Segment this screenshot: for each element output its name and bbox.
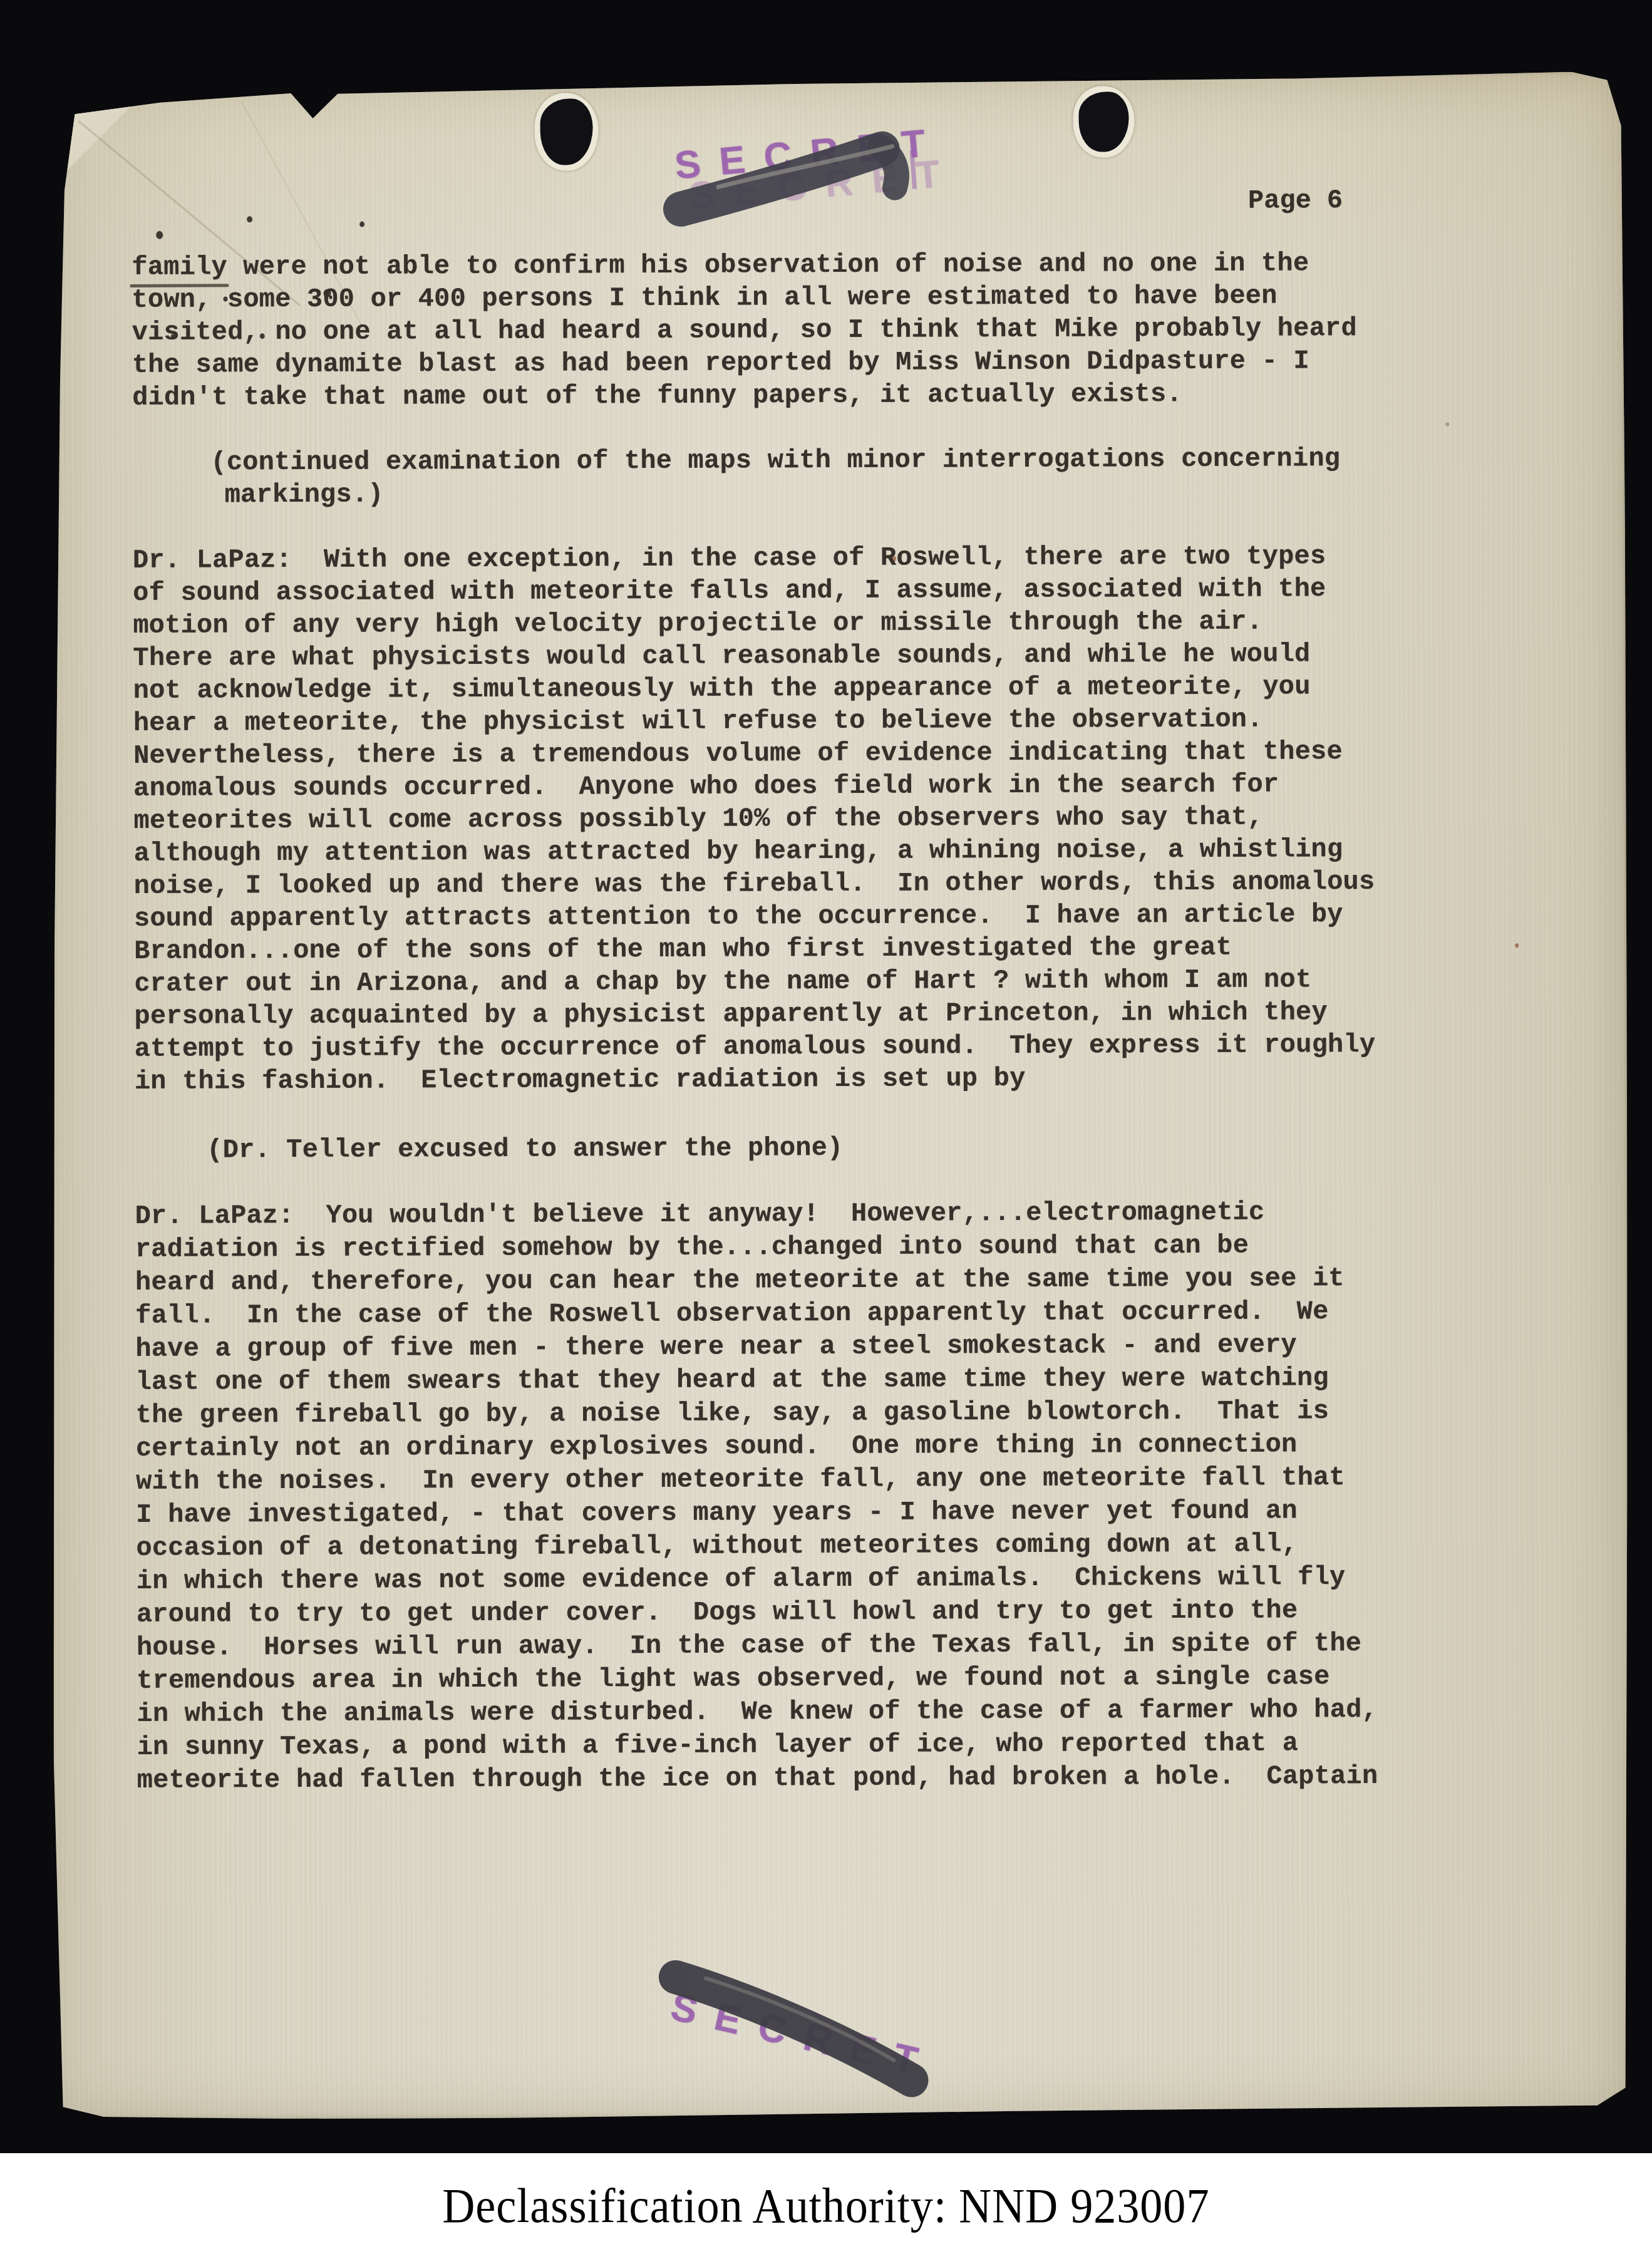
paragraph-family-noise: family were not able to confirm his obse…: [132, 247, 1357, 414]
text-line: with the noises. In every other meteorit…: [136, 1461, 1377, 1499]
text-line: town, some 300 or 400 persons I think in…: [132, 279, 1356, 316]
text-line: noise, I looked up and there was the fir…: [134, 866, 1375, 902]
text-line: fall. In the case of the Roswell observa…: [135, 1295, 1376, 1333]
text-line: markings.): [225, 475, 1341, 511]
text-line: attempt to justify the occurrence of ano…: [135, 1028, 1376, 1065]
text-line: (continued examination of the maps with …: [210, 442, 1340, 478]
text-line: Brandon...one of the sons of the man who…: [134, 931, 1375, 968]
scanned-document-screenshot: { "colors": { "background": "#0a0a0d", "…: [0, 0, 1652, 2259]
paper-speck: [1515, 943, 1519, 948]
secret-stamp-bottom: SECRET: [667, 1985, 933, 2086]
punch-hole-right: [1078, 91, 1128, 152]
text-line: in this fashion. Electromagnetic radiati…: [135, 1061, 1376, 1098]
aside-map-examination: (continued examination of the maps with …: [210, 442, 1340, 511]
text-line: meteorites will come across possibly 10%…: [133, 800, 1375, 837]
text-line: hear a meteorite, the physicist will ref…: [133, 703, 1375, 740]
pinhole: [359, 222, 364, 227]
text-line: family were not able to confirm his obse…: [132, 247, 1356, 284]
paragraph-lapaz-sounds: Dr. LaPaz: With one exception, in the ca…: [133, 540, 1376, 1098]
text-line: (Dr. Teller excused to answer the phone): [207, 1132, 843, 1167]
text-line: certainly not an ordinary explosives sou…: [136, 1428, 1377, 1466]
text-line: around to try to get under cover. Dogs w…: [137, 1594, 1378, 1631]
text-line: occasion of a detonating fireball, witho…: [136, 1528, 1377, 1565]
text-line: anomalous sounds occurred. Anyone who do…: [133, 768, 1375, 805]
punch-hole-left: [540, 98, 592, 165]
text-line: There are what physicists would call rea…: [133, 638, 1374, 675]
text-line: in which there was not some evidence of …: [137, 1561, 1378, 1598]
text-line: Dr. LaPaz: With one exception, in the ca…: [133, 540, 1374, 577]
text-line: have a group of five men - there were ne…: [135, 1328, 1376, 1366]
declassification-banner: Declassification Authority: NND 923007: [0, 2153, 1652, 2259]
text-line: meteorite had fallen through the ice on …: [137, 1760, 1378, 1797]
text-line: personally acquainted by a physicist app…: [134, 996, 1375, 1033]
paper-speck: [1445, 423, 1449, 426]
text-line: Nevertheless, there is a tremendous volu…: [133, 735, 1375, 772]
text-line: crater out in Arizona, and a chap by the…: [134, 963, 1375, 1000]
pinhole: [247, 216, 252, 222]
text-line: I have investigated, - that covers many …: [136, 1494, 1377, 1532]
text-line: visited, no one at all had heard a sound…: [132, 312, 1357, 349]
text-line: although my attention was attracted by h…: [134, 833, 1375, 870]
torn-corner: [35, 76, 180, 209]
text-line: in sunny Texas, a pond with a five-inch …: [137, 1727, 1378, 1764]
pinhole: [156, 231, 163, 239]
aside-teller-phone: (Dr. Teller excused to answer the phone): [207, 1132, 843, 1167]
text-line: motion of any very high velocity project…: [133, 605, 1374, 642]
text-line: last one of them swears that they heard …: [136, 1362, 1377, 1399]
text-line: of sound associated with meteorite falls…: [133, 572, 1374, 609]
page-number-label: Page 6: [1248, 185, 1343, 216]
text-line: heard and, therefore, you can hear the m…: [135, 1262, 1376, 1300]
text-line: not acknowledge it, simultaneously with …: [133, 670, 1375, 707]
paragraph-lapaz-fireball: Dr. LaPaz: You wouldn't believe it anywa…: [135, 1196, 1378, 1797]
declassification-text: Declassification Authority: NND 923007: [442, 2178, 1209, 2234]
text-line: house. Horses will run away. In the case…: [137, 1627, 1378, 1665]
text-line: didn't take that name out of the funny p…: [132, 377, 1357, 414]
text-line: radiation is rectified somehow by the...…: [135, 1229, 1376, 1266]
text-line: the same dynamite blast as had been repo…: [132, 344, 1357, 381]
scanned-page: SECRET SECRET Page 6 family were not abl…: [35, 71, 1630, 2120]
text-line: tremendous area in which the light was o…: [137, 1660, 1378, 1698]
text-line: the green fireball go by, a noise like, …: [136, 1395, 1377, 1432]
ink-underline-family: [130, 284, 229, 287]
text-line: in which the animals were disturbed. We …: [137, 1693, 1378, 1731]
text-line: sound apparently attracts attention to t…: [134, 898, 1375, 935]
text-line: Dr. LaPaz: You wouldn't believe it anywa…: [135, 1196, 1376, 1233]
